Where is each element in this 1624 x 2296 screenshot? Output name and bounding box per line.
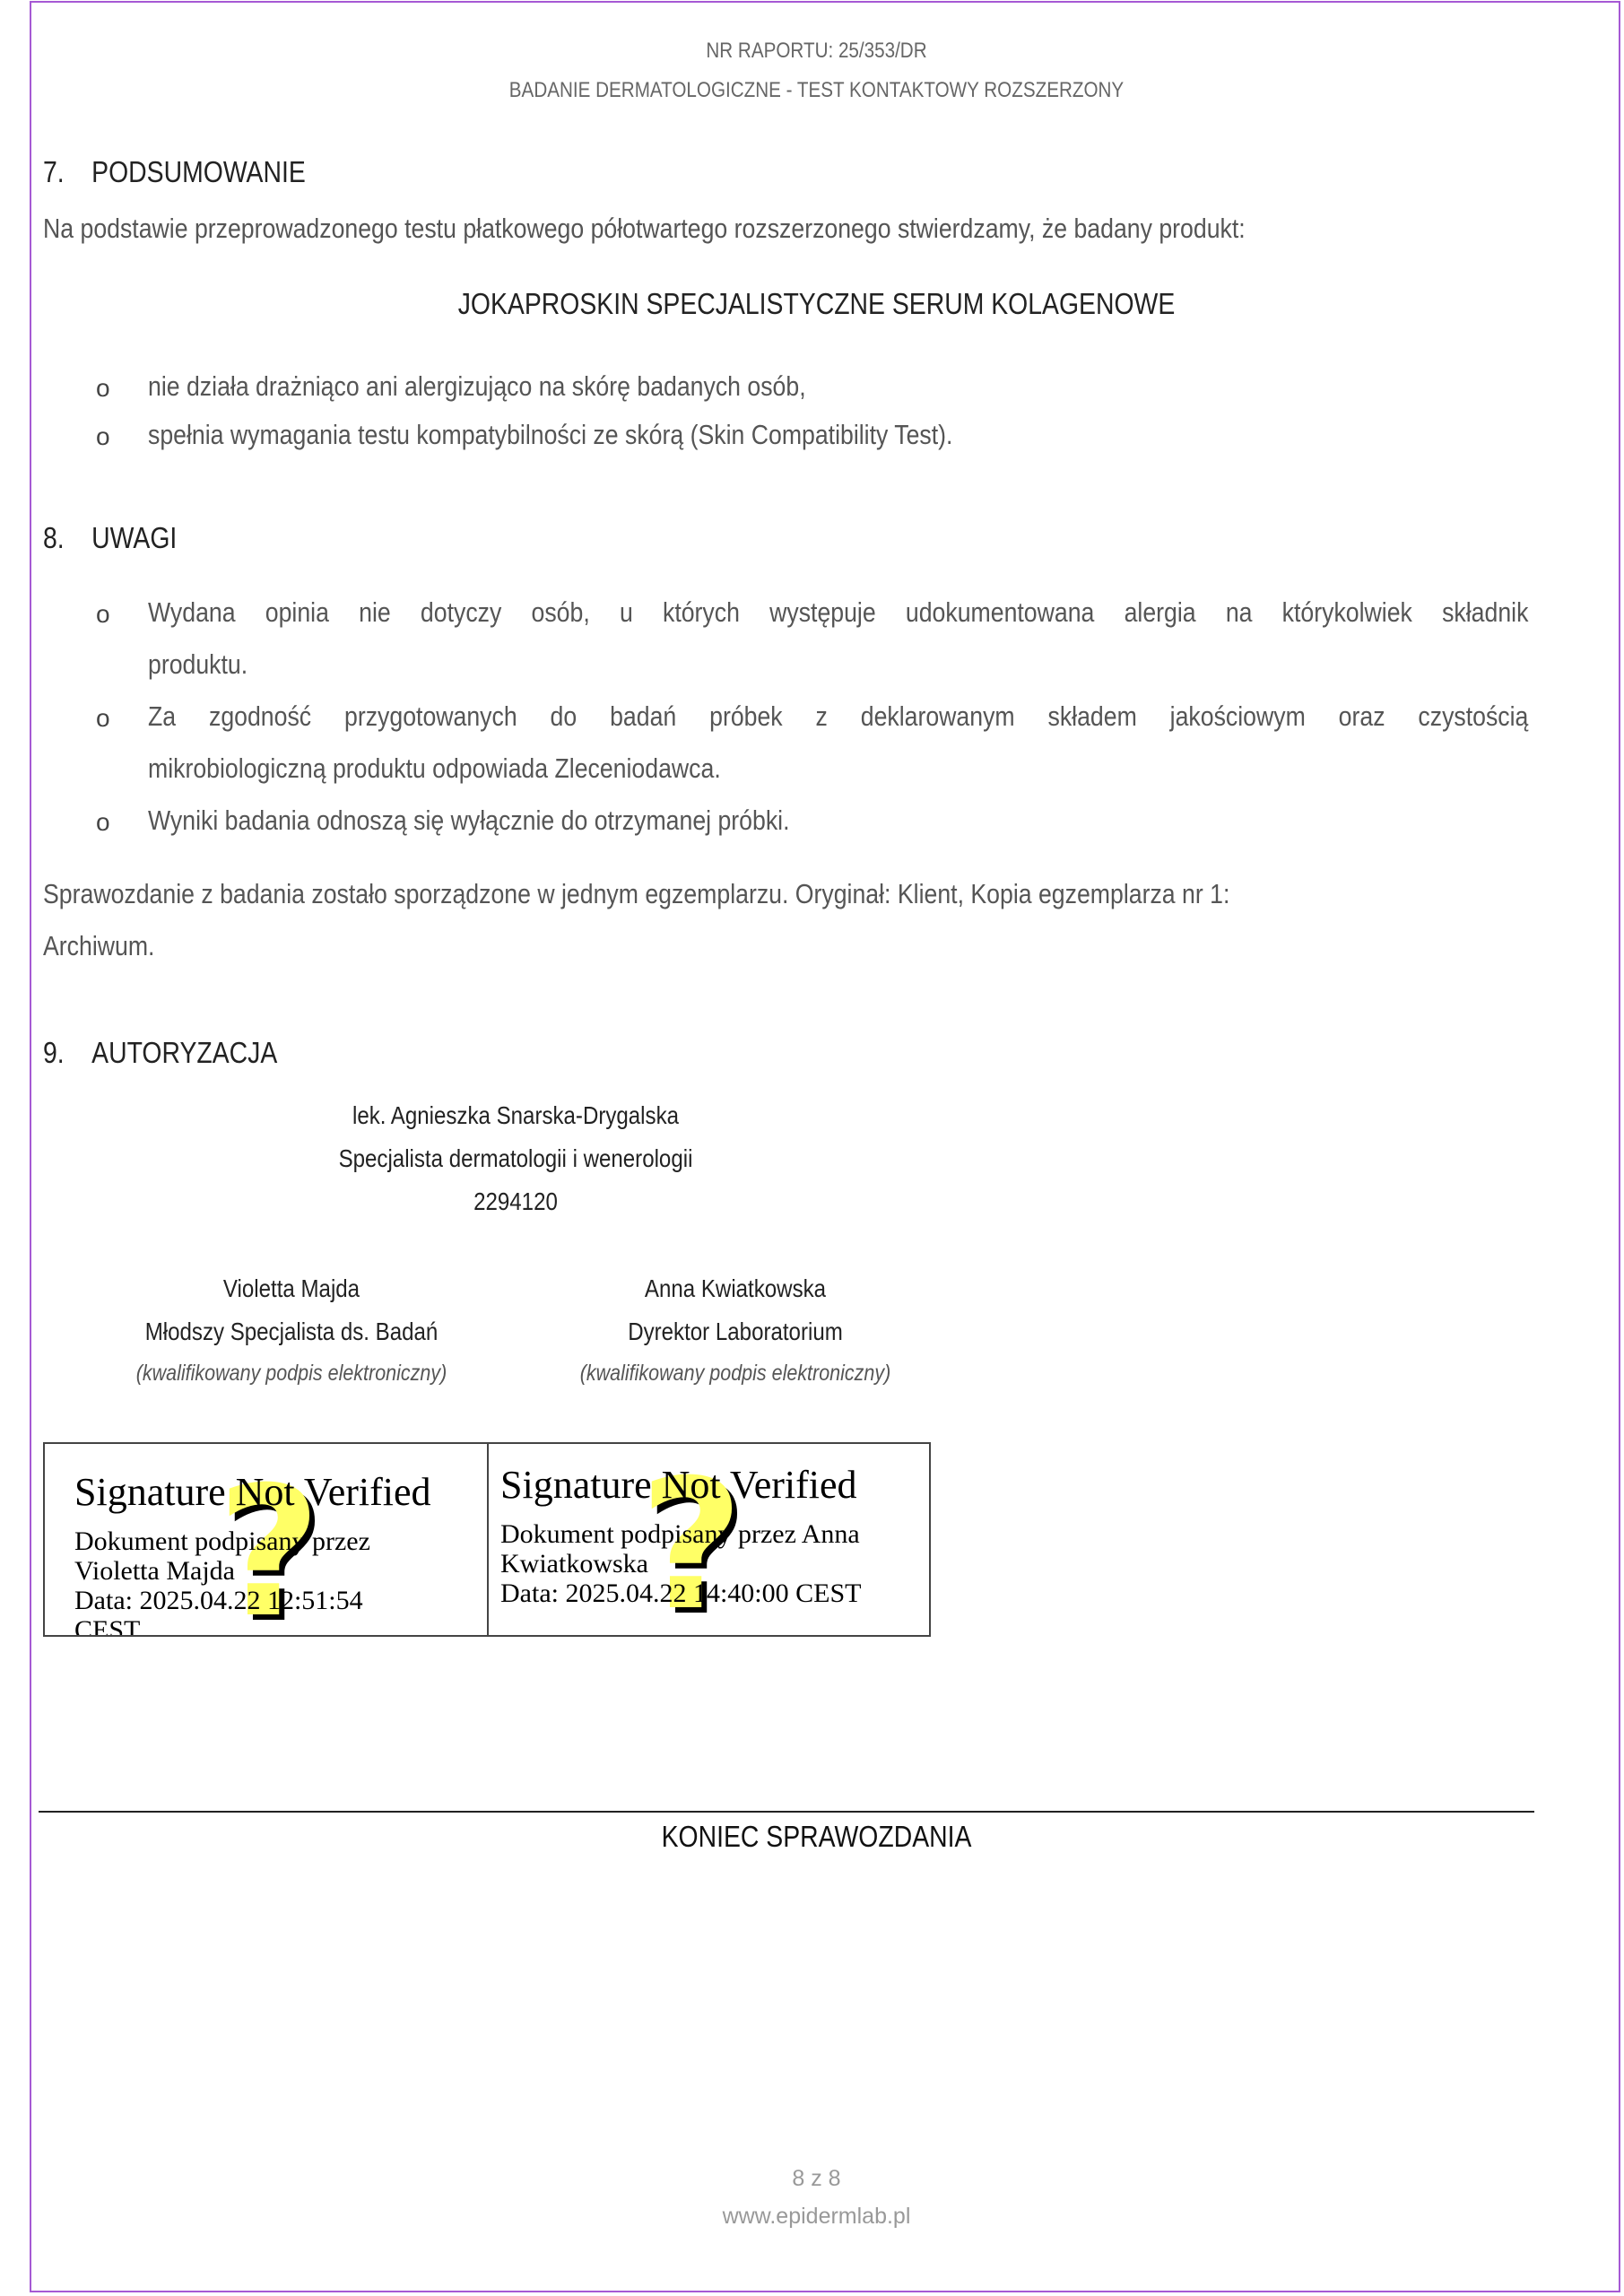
end-divider <box>39 1811 1534 1813</box>
section-8-heading: 8.UWAGI <box>43 521 177 555</box>
end-of-report-title: KONIEC SPRAWOZDANIA <box>142 1820 1492 1854</box>
section-title: AUTORYZACJA <box>91 1036 277 1069</box>
signature-table: ? Signature Not Verified Dokument podpis… <box>43 1442 931 1637</box>
signatory-name: Anna Kwiatkowska <box>543 1274 928 1303</box>
product-name: JOKAPROSKIN SPECJALISTYCZNE SERUM KOLAGE… <box>142 287 1492 321</box>
signatory-role: Młodszy Specjalista ds. Badań <box>99 1318 484 1346</box>
summary-intro: Na podstawie przeprowadzonego testu płat… <box>43 213 1246 245</box>
signature-status: Signature Not Verified <box>500 1465 857 1505</box>
physician-name: lek. Agnieszka Snarska-Drygalska <box>269 1101 762 1130</box>
section-title: UWAGI <box>91 521 177 554</box>
report-number: NR RAPORTU: 25/353/DR <box>142 39 1492 64</box>
signature-details: Dokument podpisany przez Violetta Majda … <box>74 1526 370 1635</box>
bullet-marker: o <box>96 600 110 629</box>
section-title: PODSUMOWANIE <box>91 155 306 188</box>
bullet-marker: o <box>96 704 110 733</box>
page-frame: NR RAPORTU: 25/353/DR BADANIE DERMATOLOG… <box>30 1 1620 2292</box>
list-item-line: Za zgodność przygotowanych do badań prób… <box>148 700 1528 733</box>
signature-box-2[interactable]: ? Signature Not Verified Dokument podpis… <box>489 1444 929 1635</box>
signatory-name: Violetta Majda <box>99 1274 484 1303</box>
list-item-line: mikrobiologiczną produktu odpowiada Zlec… <box>148 752 721 785</box>
physician-license: 2294120 <box>269 1187 762 1216</box>
signatory-role: Dyrektor Laboratorium <box>543 1318 928 1346</box>
physician-role: Specjalista dermatologii i wenerologii <box>269 1144 762 1173</box>
copies-note-line1: Sprawozdanie z badania zostało sporządzo… <box>43 878 1229 910</box>
signatory-note: (kwalifikowany podpis elektroniczny) <box>543 1361 928 1387</box>
list-item-line: produktu. <box>148 648 248 681</box>
list-item: nie działa drażniąco ani alergizująco na… <box>148 370 806 403</box>
website-link[interactable]: www.epidermlab.pl <box>31 2204 1602 2230</box>
section-7-heading: 7.PODSUMOWANIE <box>43 155 306 189</box>
bullet-marker: o <box>96 374 110 403</box>
list-item: spełnia wymagania testu kompatybilności … <box>148 419 952 451</box>
signature-box-1[interactable]: ? Signature Not Verified Dokument podpis… <box>45 1444 489 1635</box>
section-number: 9. <box>43 1036 91 1070</box>
list-item-line: Wydana opinia nie dotyczy osób, u któryc… <box>148 596 1528 629</box>
report-title: BADANIE DERMATOLOGICZNE - TEST KONTAKTOW… <box>142 78 1492 103</box>
section-number: 8. <box>43 521 91 555</box>
bullet-marker: o <box>96 422 110 451</box>
bullet-marker: o <box>96 808 110 837</box>
section-number: 7. <box>43 155 91 189</box>
list-item-line: Wyniki badania odnoszą się wyłącznie do … <box>148 804 790 837</box>
section-9-heading: 9.AUTORYZACJA <box>43 1036 277 1070</box>
signatory-note: (kwalifikowany podpis elektroniczny) <box>99 1361 484 1387</box>
signature-details: Dokument podpisany przez Anna Kwiatkowsk… <box>500 1519 861 1608</box>
page-number: 8 z 8 <box>31 2166 1602 2192</box>
copies-note-line2: Archiwum. <box>43 930 154 962</box>
signature-status: Signature Not Verified <box>74 1473 431 1512</box>
